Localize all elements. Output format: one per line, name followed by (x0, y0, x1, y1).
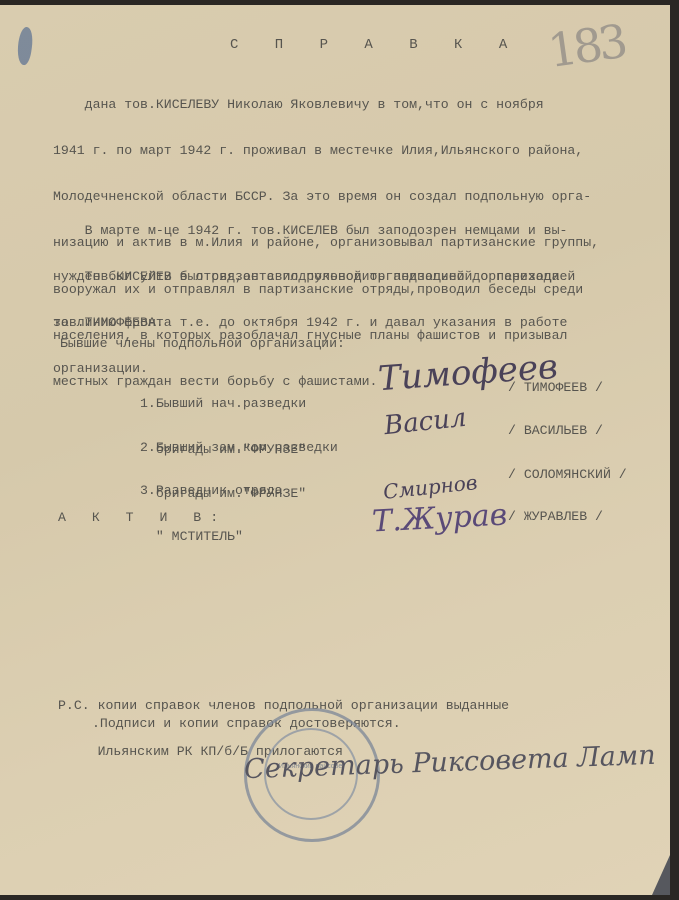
document-title: С П Р А В К А (230, 38, 521, 53)
text-line: Р.С. копии справок членов подпольной орг… (58, 698, 509, 713)
text-line: дана тов.КИСЕЛЕВУ Николаю Яковлевичу в т… (53, 97, 599, 112)
text-line: 1941 г. по март 1942 г. проживал в месте… (53, 143, 599, 158)
document-page: 183 С П Р А В К А дана тов.КИСЕЛЕВУ Нико… (0, 5, 670, 895)
member-3-name: / СОЛОМЯНСКИЙ / (508, 467, 627, 482)
members-heading: Бывшие члены подпольной организации: (60, 336, 345, 351)
member-2-name: / ВАСИЛЬЕВ / (508, 423, 603, 438)
torn-corner (652, 855, 670, 895)
text-line: за линию фронта т.е. до октября 1942 г. … (53, 315, 567, 330)
text-line: В марте м-це 1942 г. тов.КИСЕЛЕВ был зап… (53, 223, 575, 238)
role-line: " МСТИТЕЛЬ" (140, 529, 282, 544)
text-line: Тов.КИСЕЛЕВ был связан с подпольной орга… (53, 269, 567, 284)
aktiv-label: А К Т И В: (58, 510, 227, 525)
role-line: 3.Разведчик отряда (140, 483, 282, 498)
signature-zhuravlev: Т.Журав (371, 497, 508, 539)
aktiv-name: / ЖУРАВЛЕВ / (508, 509, 603, 524)
member-1-name: / ТИМОФЕЕВ / (508, 380, 603, 395)
ink-blot (15, 26, 34, 66)
